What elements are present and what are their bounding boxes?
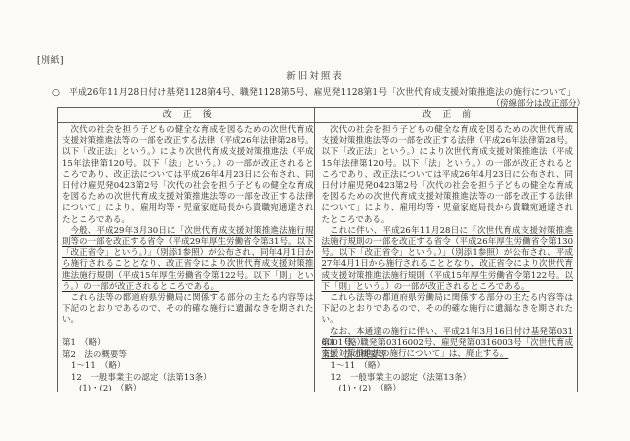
table-header-row: 改 正 後 改 正 前 (58, 108, 577, 123)
paragraph: これに伴い、平成26年11月28日に「次世代育成支援対策推進法施行規則の一部を改… (322, 226, 574, 293)
column-after: 次代の社会を担う子どもの健全な育成を図るための次世代育成支援対策推進法等の一部を… (58, 123, 318, 391)
before-outline: 第1 （略）第2 法の概要等1～11 （略）12 一般事業主の認定（法第13条）… (322, 338, 574, 391)
table-body: 次代の社会を担う子どもの健全な育成を図るための次世代育成支援対策推進法等の一部を… (58, 123, 577, 391)
after-paragraphs: 次代の社会を担う子どもの健全な育成を図るための次世代育成支援対策推進法等の一部を… (62, 125, 314, 327)
header-revised-after: 改 正 後 (58, 108, 318, 122)
paragraph: これら法等の都道府県労働局に関係する部分の主たる内容等は下記のとおりであるので、… (62, 293, 314, 327)
outline-line: 第1 （略） (322, 338, 574, 350)
outline-line: 12 一般事業主の認定（法第13条） (62, 373, 314, 385)
document-title: 新旧対照表 (0, 68, 630, 82)
header-revised-before: 改 正 前 (318, 108, 578, 122)
outline-line: 第2 法の概要等 (62, 350, 314, 362)
paragraph: これら法等の都道府県労働局に関係する部分の主たる内容等は下記のとおりであるので、… (322, 293, 574, 327)
attachment-label: [別紙] (37, 53, 64, 66)
circle-marker-icon: ○ (52, 88, 60, 98)
paragraph: 次代の社会を担う子どもの健全な育成を図るための次世代育成支援対策推進法等の一部を… (322, 125, 574, 226)
column-before: 次代の社会を担う子どもの健全な育成を図るための次世代育成支援対策推進法等の一部を… (318, 123, 578, 391)
after-outline: 第1 （略）第2 法の概要等1～11 （略）12 一般事業主の認定（法第13条）… (62, 338, 314, 391)
outline-line: (1)・(2) （略） (322, 384, 574, 391)
outline-line: 1～11 （略） (62, 361, 314, 373)
paragraph: 次代の社会を担う子どもの健全な育成を図るための次世代育成支援対策推進法等の一部を… (62, 125, 314, 226)
before-paragraphs: 次代の社会を担う子どもの健全な育成を図るための次世代育成支援対策推進法等の一部を… (322, 125, 574, 360)
old-new-comparison-table: 改 正 後 改 正 前 次代の社会を担う子どもの健全な育成を図るための次世代育成… (57, 107, 578, 392)
outline-line: 第2 法の概要等 (322, 350, 574, 362)
paragraph: 今般、平成29年3月30日に「次世代育成支援対策推進法施行規則等の一部を改正する… (62, 226, 314, 293)
outline-line: 第1 （略） (62, 338, 314, 350)
outline-line: 12 一般事業主の認定（法第13条） (322, 373, 574, 385)
outline-line: (1)・(2) （略） (62, 384, 314, 391)
document-page: [別紙] 新旧対照表 ○平成26年11月28日付け基発1128第4号、職発112… (0, 0, 630, 441)
outline-line: 1～11 （略） (322, 361, 574, 373)
